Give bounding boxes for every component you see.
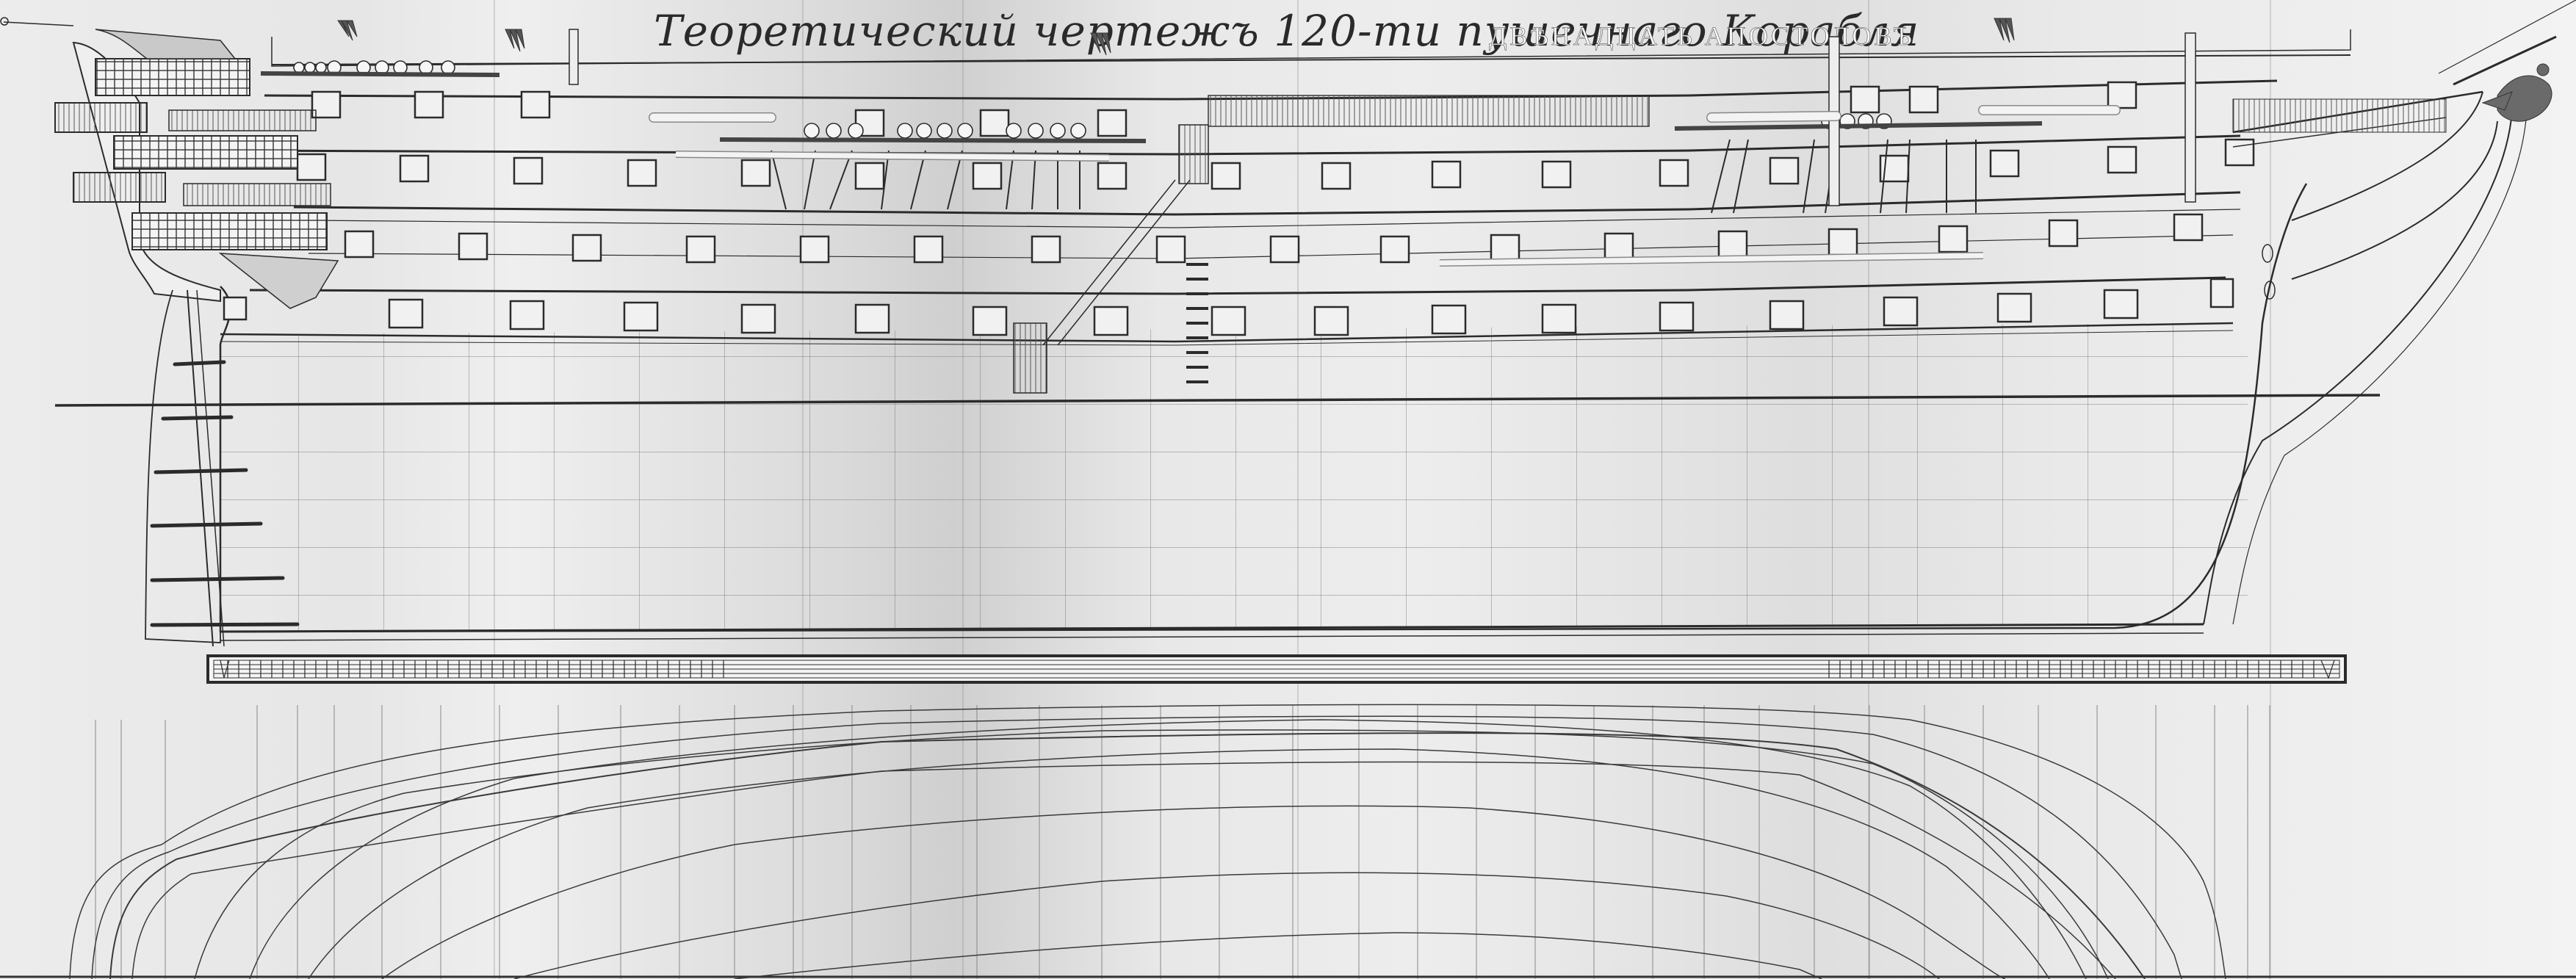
gunports-middle-upper <box>297 140 2254 189</box>
scale-bar <box>208 656 2345 682</box>
drawing-sheet: Теоретический чертежъ 120-ти пушечнаго К… <box>0 0 2576 979</box>
mizzen-bitt <box>569 29 578 84</box>
figurehead-eagle <box>2483 64 2552 121</box>
half-breadth-plan <box>0 704 2576 979</box>
waterlines <box>70 704 2226 979</box>
taffrail-carving <box>95 29 235 59</box>
bow <box>2204 0 2576 624</box>
stern-galleries <box>1 18 338 308</box>
flags <box>338 18 2014 55</box>
sheer-plan <box>55 29 2380 640</box>
ship-drawing <box>0 0 2576 979</box>
foremast-bitt <box>2185 33 2196 202</box>
